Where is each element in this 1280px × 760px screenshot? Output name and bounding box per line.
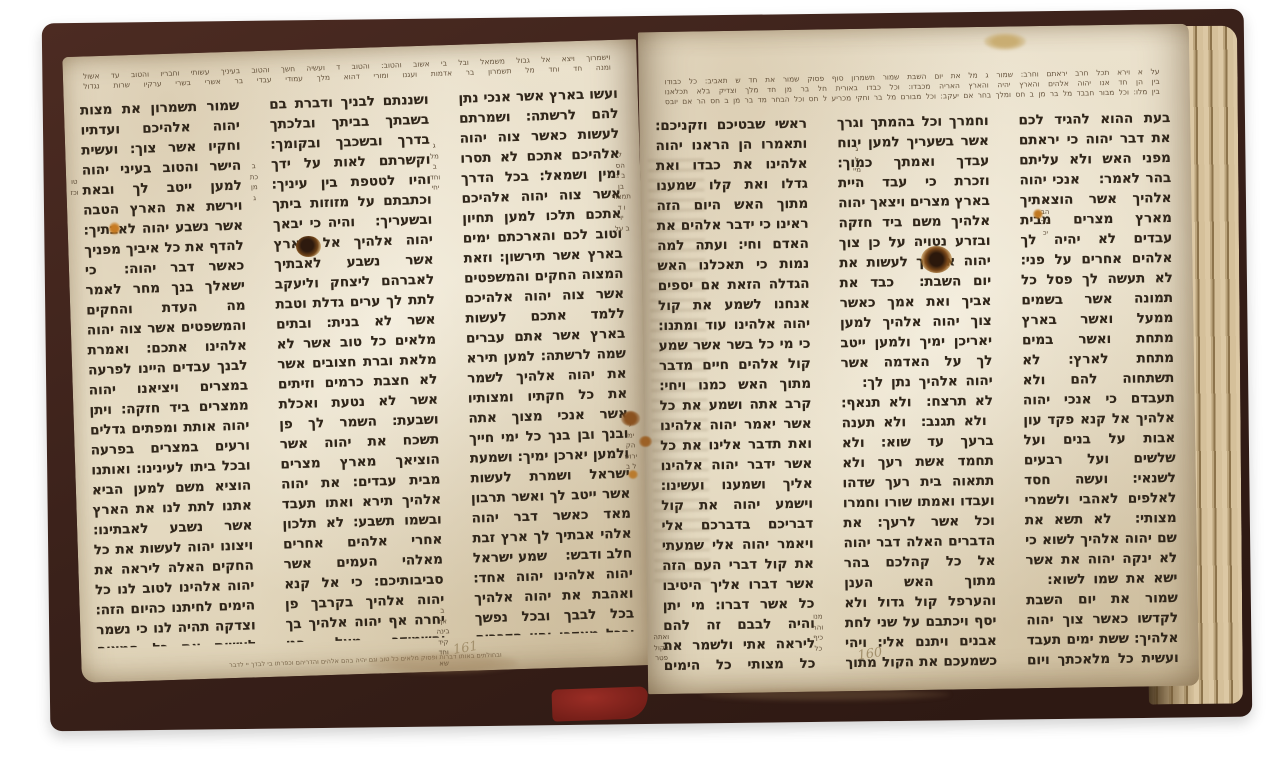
text-column-left: שמור תשמרון את מצות יהוה אלהיכם ועדתיו ו… [80, 96, 256, 649]
parchment-stain [1033, 209, 1043, 219]
parchment-stain [368, 652, 518, 674]
right-page: על א וירא תכל חרב יראתם וחרב: שמור ג מל … [638, 24, 1199, 695]
left-page: וישמרוך ויצא אל גבול משמאל ובל בי אשוב ו… [62, 39, 655, 683]
masorah-parva-note: ואתה בקול פטר [653, 632, 669, 664]
masorah-parva-note: ג מל ב וחד יחי [429, 140, 441, 193]
masorah-parva-note: ג ל מיי ד [853, 144, 862, 186]
parchment-stain [109, 222, 120, 235]
masorah-parva-note: מנו והר כיף כל [813, 612, 824, 654]
burn-hole [921, 246, 952, 273]
masorah-parva-note: ל ימי הק ירוש ל ב [624, 419, 638, 472]
text-column-right: ועשו בארץ אשר אנכי נתן להם לרשתה׃ ושמרתם… [458, 84, 634, 637]
parchment-stain [639, 436, 652, 447]
masorah-parva-note: ב כת מן ג [249, 161, 259, 203]
text-column-right: בעת ההוא להגיד לכם את דבר יהוה כי יראתם … [1018, 108, 1178, 666]
masorah-parva-note: טו וכז [70, 177, 79, 198]
parchment-stain [621, 411, 640, 426]
right-page-columns: בעת ההוא להגיד לכם את דבר יהוה כי יראתם … [639, 108, 1199, 673]
red-lining-glimpse [551, 686, 648, 721]
masorah-parva-note: ל הס ב ג בן תמצור ו ד יו ב על [610, 149, 632, 234]
parchment-stain [984, 33, 1026, 50]
ink-showthrough [648, 151, 711, 582]
parchment-stain [628, 470, 638, 479]
text-column-middle: ושננתם לבניך ודברת בם בשבתך בביתך ובלכתך… [269, 90, 445, 643]
text-column-middle: וחמרך וכל בהמתך וגרך אשר בשעריך למען ינו… [837, 111, 997, 669]
burn-hole [296, 236, 321, 257]
masorah-magna-top-right: על א וירא תכל חרב יראתם וחרב: שמור ג מל … [665, 67, 1160, 107]
parchment-stain [700, 688, 950, 701]
left-page-columns: ועשו בארץ אשר אנכי נתן להם לרשתה׃ ושמרתם… [64, 83, 655, 649]
